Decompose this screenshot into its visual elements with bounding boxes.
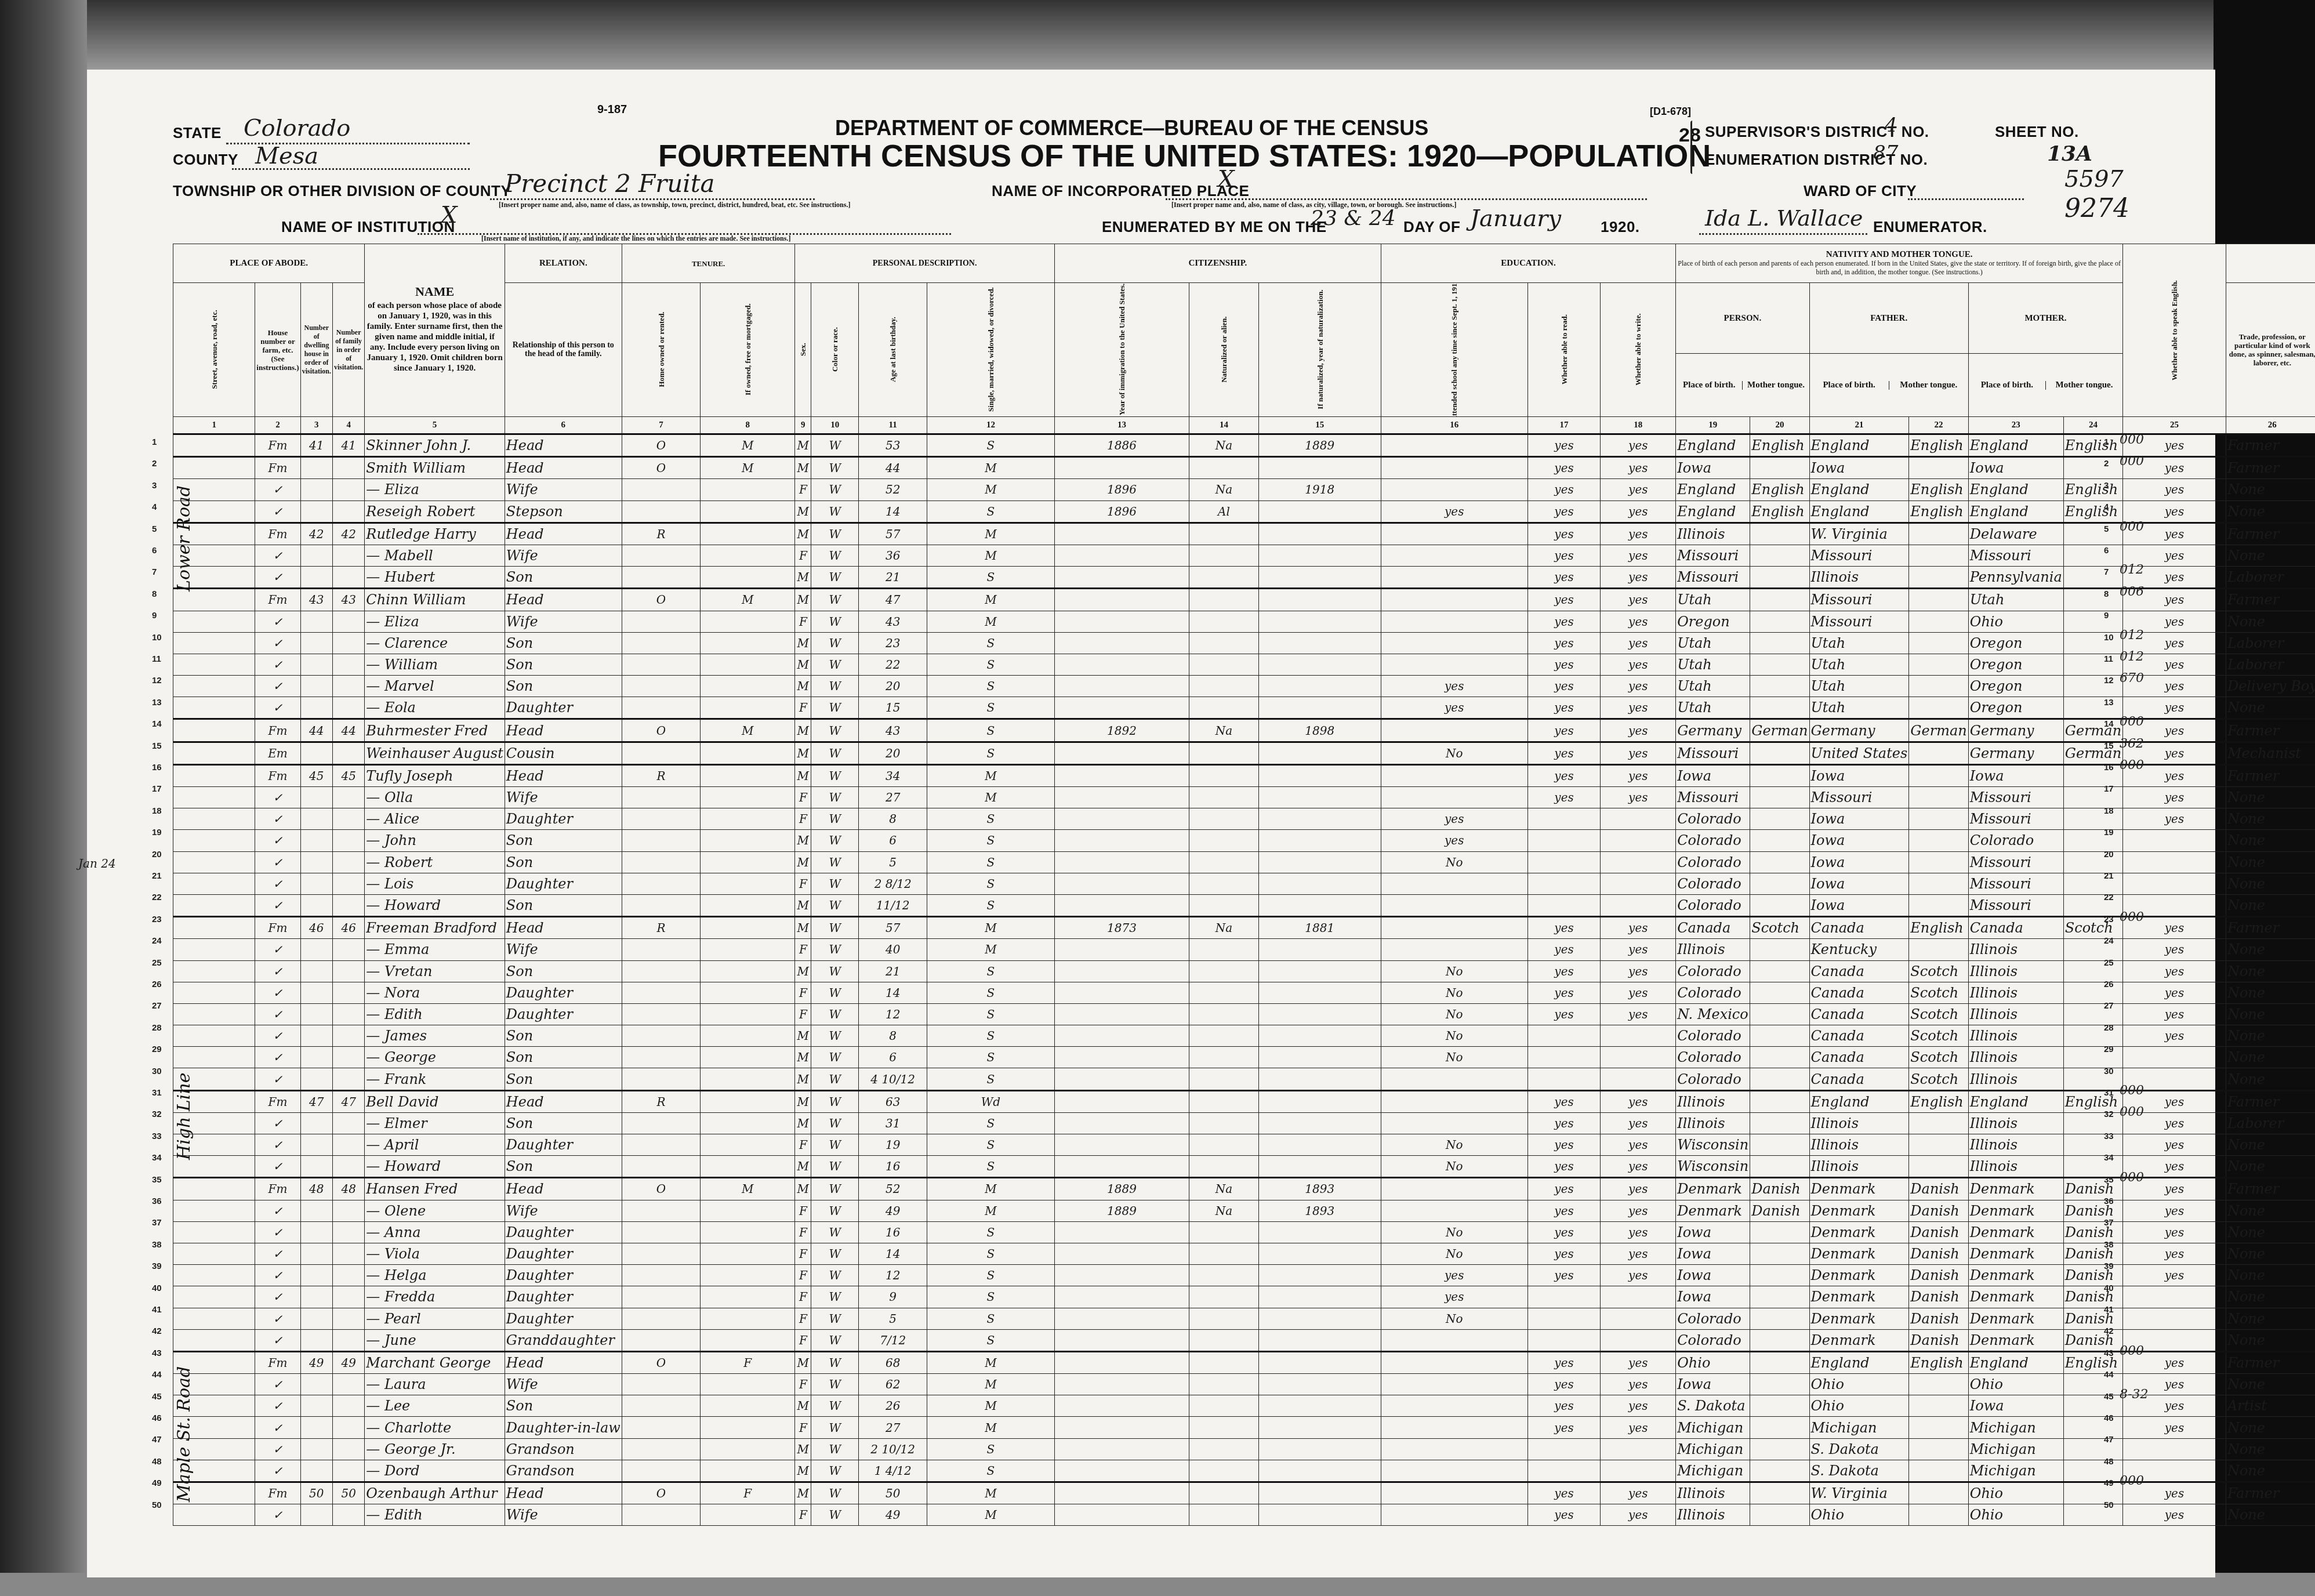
- free-mortgaged-cell: [701, 1068, 795, 1090]
- mother-tongue-cell: [1750, 1504, 1809, 1526]
- home-owned-rented-cell: [622, 1438, 700, 1460]
- mother-birthplace-cell: Michigan: [1968, 1438, 2063, 1460]
- relationship-cell: Son: [505, 830, 622, 851]
- attended-school-cell: [1381, 1417, 1527, 1438]
- occupation-cell: None: [2226, 1504, 2315, 1526]
- street-cell: [173, 632, 255, 654]
- col-18-header: Whether able to write.: [1601, 283, 1676, 417]
- free-mortgaged-cell: [701, 654, 795, 675]
- free-mortgaged-cell: [701, 742, 795, 764]
- birthplace-cell: Colorado: [1676, 830, 1750, 851]
- sex-cell: M: [795, 632, 811, 654]
- mother-birthplace-cell: Missouri: [1968, 851, 2063, 873]
- age-cell: 34: [859, 764, 927, 786]
- marital-status-cell: S: [927, 1243, 1055, 1264]
- relationship-cell: Son: [505, 1156, 622, 1178]
- line-number-left: 49: [152, 1478, 162, 1488]
- naturalization-year-cell: [1258, 851, 1381, 873]
- person-header: PERSON. Place of birth.Mother tongue.: [1676, 283, 1809, 417]
- can-read-cell: yes: [1527, 719, 1601, 742]
- naturalization-year-cell: [1258, 1156, 1381, 1178]
- can-read-cell: yes: [1527, 1395, 1601, 1417]
- free-mortgaged-cell: [701, 676, 795, 697]
- mother-mother-tongue-cell: [2063, 1395, 2122, 1417]
- naturalized-cell: [1189, 1090, 1258, 1112]
- naturalized-cell: Na: [1189, 479, 1258, 500]
- dwelling-number-cell: [300, 1156, 332, 1178]
- sex-cell: F: [795, 1134, 811, 1156]
- attended-school-cell: No: [1381, 1047, 1527, 1068]
- age-cell: 47: [859, 589, 927, 611]
- line-number-right: 43: [2104, 1348, 2114, 1358]
- immigration-year-cell: [1054, 632, 1189, 654]
- line-number-left: 36: [152, 1196, 162, 1206]
- district-bracket: [1690, 121, 1694, 174]
- person-name-cell: — Eliza: [365, 611, 505, 632]
- home-owned-rented-cell: [622, 808, 700, 830]
- can-write-cell: yes: [1601, 632, 1676, 654]
- line-number-left: 5: [152, 524, 157, 534]
- person-name-cell: — Olla: [365, 787, 505, 808]
- father-mother-tongue-cell: [1909, 764, 1968, 786]
- sex-cell: M: [795, 830, 811, 851]
- father-birthplace-cell: England: [1809, 434, 1909, 457]
- father-birthplace-cell: Utah: [1809, 654, 1909, 675]
- sex-cell: F: [795, 1200, 811, 1221]
- naturalization-year-cell: [1258, 939, 1381, 960]
- mother-tongue-cell: [1750, 523, 1809, 545]
- mother-mother-tongue-cell: Danish: [2063, 1329, 2122, 1351]
- attended-school-cell: [1381, 545, 1527, 566]
- line-number-left: 48: [152, 1457, 162, 1467]
- line-number-left: 35: [152, 1175, 162, 1185]
- can-read-cell: yes: [1527, 960, 1601, 982]
- home-owned-rented-cell: [622, 939, 700, 960]
- person-name-cell: — Laura: [365, 1374, 505, 1395]
- age-cell: 6: [859, 1047, 927, 1068]
- father-mother-tongue-cell: [1909, 611, 1968, 632]
- naturalized-cell: [1189, 1504, 1258, 1526]
- race-cell: W: [811, 1374, 859, 1395]
- birthplace-cell: Illinois: [1676, 1112, 1750, 1134]
- person-name-cell: — Hubert: [365, 567, 505, 589]
- mother-birthplace-cell: Michigan: [1968, 1460, 2063, 1482]
- naturalization-year-cell: [1258, 1417, 1381, 1438]
- can-write-cell: [1601, 1286, 1676, 1308]
- free-mortgaged-cell: [701, 1504, 795, 1526]
- occupation-cell: None: [2226, 500, 2315, 523]
- relationship-cell: Head: [505, 1482, 622, 1504]
- home-owned-rented-cell: [622, 697, 700, 719]
- home-owned-rented-cell: [622, 1265, 700, 1286]
- attended-school-cell: No: [1381, 982, 1527, 1003]
- can-write-cell: yes: [1601, 676, 1676, 697]
- age-cell: 20: [859, 676, 927, 697]
- naturalization-year-cell: [1258, 697, 1381, 719]
- age-cell: 26: [859, 1395, 927, 1417]
- mother-tongue-cell: [1750, 611, 1809, 632]
- father-mother-tongue-cell: [1909, 567, 1968, 589]
- dwelling-number-cell: [300, 939, 332, 960]
- birthplace-cell: Missouri: [1676, 545, 1750, 566]
- mother-birthplace-cell: Illinois: [1968, 1047, 2063, 1068]
- home-owned-rented-cell: O: [622, 589, 700, 611]
- person-name-cell: Buhrmester Fred: [365, 719, 505, 742]
- marital-status-cell: S: [927, 1003, 1055, 1025]
- mother-birthplace-cell: Denmark: [1968, 1178, 2063, 1200]
- sex-cell: M: [795, 1025, 811, 1047]
- occupation-cell: None: [2226, 1329, 2315, 1351]
- table-row: ✓— JohnSonMW6SyesColoradoIowaColoradoNon…: [173, 830, 2315, 851]
- father-birthplace-cell: Iowa: [1809, 808, 1909, 830]
- relationship-cell: Daughter: [505, 1003, 622, 1025]
- house-number-cell: ✓: [255, 1417, 300, 1438]
- line-number-left: 33: [152, 1131, 162, 1141]
- can-read-cell: yes: [1527, 654, 1601, 675]
- father-birthplace-cell: Denmark: [1809, 1200, 1909, 1221]
- father-mother-tongue-cell: [1909, 1417, 1968, 1438]
- table-row: ✓— OllaWifeFW27MyesyesMissouriMissouriMi…: [173, 787, 2315, 808]
- table-row: ✓— AprilDaughterFW19SNoyesyesWisconsinIl…: [173, 1134, 2315, 1156]
- can-read-cell: yes: [1527, 1156, 1601, 1178]
- person-name-cell: Rutledge Harry: [365, 523, 505, 545]
- line-number-right: 6: [2104, 546, 2109, 556]
- free-mortgaged-cell: [701, 982, 795, 1003]
- occupation-cell: Farmer: [2226, 1178, 2315, 1200]
- race-cell: W: [811, 851, 859, 873]
- dwelling-number-cell: [300, 500, 332, 523]
- marital-status-cell: S: [927, 1438, 1055, 1460]
- street-cell: [173, 545, 255, 566]
- immigration-year-cell: 1896: [1054, 479, 1189, 500]
- can-read-cell: yes: [1527, 917, 1601, 939]
- birthplace-cell: Missouri: [1676, 742, 1750, 764]
- occupation-cell: None: [2226, 1265, 2315, 1286]
- naturalized-cell: [1189, 742, 1258, 764]
- free-mortgaged-cell: [701, 939, 795, 960]
- father-birthplace-cell: S. Dakota: [1809, 1438, 1909, 1460]
- immigration-year-cell: [1054, 1068, 1189, 1090]
- dwelling-number-cell: [300, 1134, 332, 1156]
- person-name-cell: — Lee: [365, 1395, 505, 1417]
- house-number-cell: ✓: [255, 1438, 300, 1460]
- mother-tongue-cell: [1750, 1068, 1809, 1090]
- line-number-left: 43: [152, 1348, 162, 1358]
- mother-birthplace-cell: Missouri: [1968, 787, 2063, 808]
- can-write-cell: yes: [1601, 567, 1676, 589]
- free-mortgaged-cell: M: [701, 1178, 795, 1200]
- table-row: ✓— LeeSonMW26MyesyesS. DakotaOhioIowayes…: [173, 1395, 2315, 1417]
- dwelling-number-cell: [300, 982, 332, 1003]
- attended-school-cell: No: [1381, 1221, 1527, 1243]
- home-owned-rented-cell: [622, 894, 700, 916]
- naturalization-year-cell: [1258, 1003, 1381, 1025]
- sex-cell: M: [795, 764, 811, 786]
- can-write-cell: [1601, 808, 1676, 830]
- can-read-cell: [1527, 1047, 1601, 1068]
- can-read-cell: yes: [1527, 764, 1601, 786]
- person-name-cell: — George Jr.: [365, 1438, 505, 1460]
- father-birthplace-cell: Canada: [1809, 1047, 1909, 1068]
- sex-cell: M: [795, 1068, 811, 1090]
- can-read-cell: yes: [1527, 1221, 1601, 1243]
- family-number-cell: [333, 611, 365, 632]
- race-cell: W: [811, 523, 859, 545]
- free-mortgaged-cell: [701, 545, 795, 566]
- immigration-year-cell: 1892: [1054, 719, 1189, 742]
- table-row: ✓— ElizaWifeFW43MyesyesOregonMissouriOhi…: [173, 611, 2315, 632]
- person-name-cell: — Mabell: [365, 545, 505, 566]
- naturalization-year-cell: [1258, 982, 1381, 1003]
- naturalized-cell: [1189, 523, 1258, 545]
- can-write-cell: yes: [1601, 1112, 1676, 1134]
- father-birthplace-cell: Ohio: [1809, 1504, 1909, 1526]
- marital-status-cell: M: [927, 939, 1055, 960]
- sex-cell: F: [795, 611, 811, 632]
- can-write-cell: yes: [1601, 654, 1676, 675]
- can-read-cell: yes: [1527, 545, 1601, 566]
- occupation-cell: Laborer: [2226, 654, 2315, 675]
- mother-birthplace-cell: Oregon: [1968, 676, 2063, 697]
- sex-cell: M: [795, 1047, 811, 1068]
- house-number-cell: ✓: [255, 500, 300, 523]
- group-tenure: TENURE.: [622, 244, 795, 283]
- occupation-cell: None: [2226, 1003, 2315, 1025]
- line-number-left: 32: [152, 1109, 162, 1119]
- dwelling-number-cell: [300, 1504, 332, 1526]
- can-read-cell: yes: [1527, 787, 1601, 808]
- can-read-cell: [1527, 830, 1601, 851]
- col-2-header: House number or farm, etc. (See instruct…: [255, 283, 300, 417]
- mother-birthplace-cell: Illinois: [1968, 1112, 2063, 1134]
- mother-birthplace-cell: Missouri: [1968, 545, 2063, 566]
- relationship-cell: Daughter: [505, 1243, 622, 1264]
- free-mortgaged-cell: [701, 830, 795, 851]
- marital-status-cell: M: [927, 1482, 1055, 1504]
- naturalization-year-cell: [1258, 1025, 1381, 1047]
- naturalization-year-cell: [1258, 632, 1381, 654]
- house-number-cell: ✓: [255, 1243, 300, 1264]
- table-row: ✓— NoraDaughterFW14SNoyesyesColoradoCana…: [173, 982, 2315, 1003]
- census-table: PLACE OF ABODE. NAME of each person whos…: [173, 244, 2315, 1526]
- table-row: ✓— VretanSonMW21SNoyesyesColoradoCanadaS…: [173, 960, 2315, 982]
- marital-status-cell: M: [927, 1374, 1055, 1395]
- age-cell: 50: [859, 1482, 927, 1504]
- father-mother-tongue-cell: [1909, 654, 1968, 675]
- can-read-cell: yes: [1527, 1090, 1601, 1112]
- father-mother-tongue-cell: Danish: [1909, 1221, 1968, 1243]
- group-name: NAME of each person whose place of abode…: [365, 244, 505, 417]
- house-number-cell: ✓: [255, 1200, 300, 1221]
- family-number-cell: 45: [333, 764, 365, 786]
- immigration-year-cell: [1054, 1112, 1189, 1134]
- table-row: ✓— EdithWifeFW49MyesyesIllinoisOhioOhioy…: [173, 1504, 2315, 1526]
- naturalized-cell: [1189, 1395, 1258, 1417]
- naturalization-year-cell: [1258, 545, 1381, 566]
- father-mother-tongue-cell: [1909, 742, 1968, 764]
- sex-cell: F: [795, 1243, 811, 1264]
- occupation-cell: Artist: [2226, 1395, 2315, 1417]
- sex-cell: M: [795, 457, 811, 479]
- free-mortgaged-cell: [701, 808, 795, 830]
- mother-mother-tongue-cell: [2063, 894, 2122, 916]
- mother-tongue-cell: [1750, 1308, 1809, 1329]
- naturalized-cell: Na: [1189, 917, 1258, 939]
- free-mortgaged-cell: [701, 1308, 795, 1329]
- family-number-cell: [333, 1200, 365, 1221]
- speaks-english-cell: yes: [2123, 1221, 2226, 1243]
- can-write-cell: yes: [1601, 500, 1676, 523]
- institution-value: X: [441, 202, 457, 228]
- can-write-cell: yes: [1601, 1003, 1676, 1025]
- column-number: 7: [622, 417, 700, 434]
- mother-tongue-cell: [1750, 1460, 1809, 1482]
- table-row: ✓— JuneGranddaughterFW7/12SColoradoDenma…: [173, 1329, 2315, 1351]
- family-number-cell: [333, 1460, 365, 1482]
- column-number: 19: [1676, 417, 1750, 434]
- speaks-english-cell: yes: [2123, 787, 2226, 808]
- mother-birthplace-cell: Pennsylvania: [1968, 567, 2063, 589]
- relationship-cell: Daughter: [505, 1265, 622, 1286]
- free-mortgaged-cell: [701, 873, 795, 894]
- father-mother-tongue-cell: Danish: [1909, 1329, 1968, 1351]
- father-mother-tongue-cell: German: [1909, 719, 1968, 742]
- table-row: ✓Reseigh RobertStepsonMW14S1896Alyesyesy…: [173, 500, 2315, 523]
- father-mother-tongue-cell: English: [1909, 500, 1968, 523]
- street-cell: [173, 1395, 255, 1417]
- immigration-year-cell: [1054, 939, 1189, 960]
- immigration-year-cell: [1054, 873, 1189, 894]
- marital-status-cell: S: [927, 982, 1055, 1003]
- attended-school-cell: [1381, 1068, 1527, 1090]
- occupation-cell: None: [2226, 697, 2315, 719]
- age-cell: 49: [859, 1200, 927, 1221]
- father-birthplace-cell: Canada: [1809, 1025, 1909, 1047]
- mother-mother-tongue-cell: Danish: [2063, 1243, 2122, 1264]
- mother-mother-tongue-cell: Scotch: [2063, 917, 2122, 939]
- marital-status-cell: M: [927, 1417, 1055, 1438]
- father-mother-tongue-cell: Scotch: [1909, 1003, 1968, 1025]
- dwelling-number-cell: [300, 1460, 332, 1482]
- father-mother-tongue-cell: [1909, 1504, 1968, 1526]
- house-number-cell: Fm: [255, 589, 300, 611]
- line-number-right: 30: [2104, 1067, 2114, 1076]
- family-number-cell: [333, 982, 365, 1003]
- mother-birthplace-cell: England: [1968, 1090, 2063, 1112]
- street-cell: [173, 1482, 255, 1504]
- home-owned-rented-cell: O: [622, 1351, 700, 1373]
- person-name-cell: — Marvel: [365, 676, 505, 697]
- line-number-left: 37: [152, 1218, 162, 1228]
- can-read-cell: [1527, 851, 1601, 873]
- relationship-cell: Head: [505, 589, 622, 611]
- home-owned-rented-cell: [622, 1221, 700, 1243]
- age-cell: 40: [859, 939, 927, 960]
- mother-tongue-cell: [1750, 1351, 1809, 1373]
- line-number-left: 1: [152, 437, 157, 447]
- dwelling-number-cell: [300, 808, 332, 830]
- birthplace-cell: Colorado: [1676, 982, 1750, 1003]
- family-number-cell: [333, 632, 365, 654]
- mother-mother-tongue-cell: German: [2063, 742, 2122, 764]
- mother-birthplace-cell: Denmark: [1968, 1265, 2063, 1286]
- immigration-year-cell: [1054, 567, 1189, 589]
- table-row: Fm4646Freeman BradfordHeadRMW57M1873Na18…: [173, 917, 2315, 939]
- street-cell: [173, 939, 255, 960]
- father-birthplace-cell: Iowa: [1809, 764, 1909, 786]
- marital-status-cell: M: [927, 787, 1055, 808]
- naturalized-cell: [1189, 851, 1258, 873]
- column-number: 24: [2063, 417, 2122, 434]
- sex-cell: M: [795, 523, 811, 545]
- home-owned-rented-cell: [622, 830, 700, 851]
- naturalized-cell: [1189, 1265, 1258, 1286]
- line-number-left: 25: [152, 958, 162, 968]
- can-read-cell: [1527, 1025, 1601, 1047]
- house-number-cell: ✓: [255, 545, 300, 566]
- enumerator-name: Ida L. Wallace: [1705, 205, 1863, 231]
- race-cell: W: [811, 830, 859, 851]
- line-number-left: 29: [152, 1044, 162, 1054]
- can-write-cell: yes: [1601, 589, 1676, 611]
- naturalization-year-cell: 1898: [1258, 719, 1381, 742]
- person-name-cell: Weinhauser August: [365, 742, 505, 764]
- street-cell: [173, 830, 255, 851]
- mother-tongue-cell: [1750, 982, 1809, 1003]
- age-cell: 2 10/12: [859, 1438, 927, 1460]
- naturalization-year-cell: [1258, 808, 1381, 830]
- marital-status-cell: S: [927, 697, 1055, 719]
- naturalization-year-cell: [1258, 1351, 1381, 1373]
- dwelling-number-cell: [300, 1265, 332, 1286]
- age-cell: 20: [859, 742, 927, 764]
- birthplace-cell: Colorado: [1676, 960, 1750, 982]
- person-name-cell: Hansen Fred: [365, 1178, 505, 1200]
- race-cell: W: [811, 654, 859, 675]
- relationship-cell: Granddaughter: [505, 1329, 622, 1351]
- line-number-left: 26: [152, 980, 162, 989]
- person-name-cell: Ozenbaugh Arthur: [365, 1482, 505, 1504]
- free-mortgaged-cell: [701, 787, 795, 808]
- immigration-year-cell: [1054, 545, 1189, 566]
- family-number-cell: [333, 1047, 365, 1068]
- race-cell: W: [811, 611, 859, 632]
- dwelling-number-cell: 43: [300, 589, 332, 611]
- occupation-cell: None: [2226, 1025, 2315, 1047]
- father-mother-tongue-cell: [1909, 523, 1968, 545]
- line-number-left: 4: [152, 502, 157, 512]
- mother-mother-tongue-cell: [2063, 1417, 2122, 1438]
- speaks-english-cell: yes: [2123, 1003, 2226, 1025]
- occupation-code: 000: [2120, 1344, 2144, 1358]
- mother-mother-tongue-cell: [2063, 830, 2122, 851]
- naturalization-year-cell: [1258, 830, 1381, 851]
- table-row: ✓— CharlotteDaughter-in-lawFW27MyesyesMi…: [173, 1417, 2315, 1438]
- naturalization-year-cell: [1258, 523, 1381, 545]
- line-number-left: 45: [152, 1392, 162, 1402]
- mother-mother-tongue-cell: [2063, 697, 2122, 719]
- speaks-english-cell: [2123, 1438, 2226, 1460]
- line-number-left: 38: [152, 1240, 162, 1250]
- home-owned-rented-cell: [622, 742, 700, 764]
- mother-mother-tongue-cell: [2063, 787, 2122, 808]
- relationship-cell: Head: [505, 917, 622, 939]
- sex-cell: M: [795, 1156, 811, 1178]
- attended-school-cell: [1381, 1482, 1527, 1504]
- free-mortgaged-cell: [701, 1003, 795, 1025]
- marital-status-cell: S: [927, 851, 1055, 873]
- attended-school-cell: [1381, 457, 1527, 479]
